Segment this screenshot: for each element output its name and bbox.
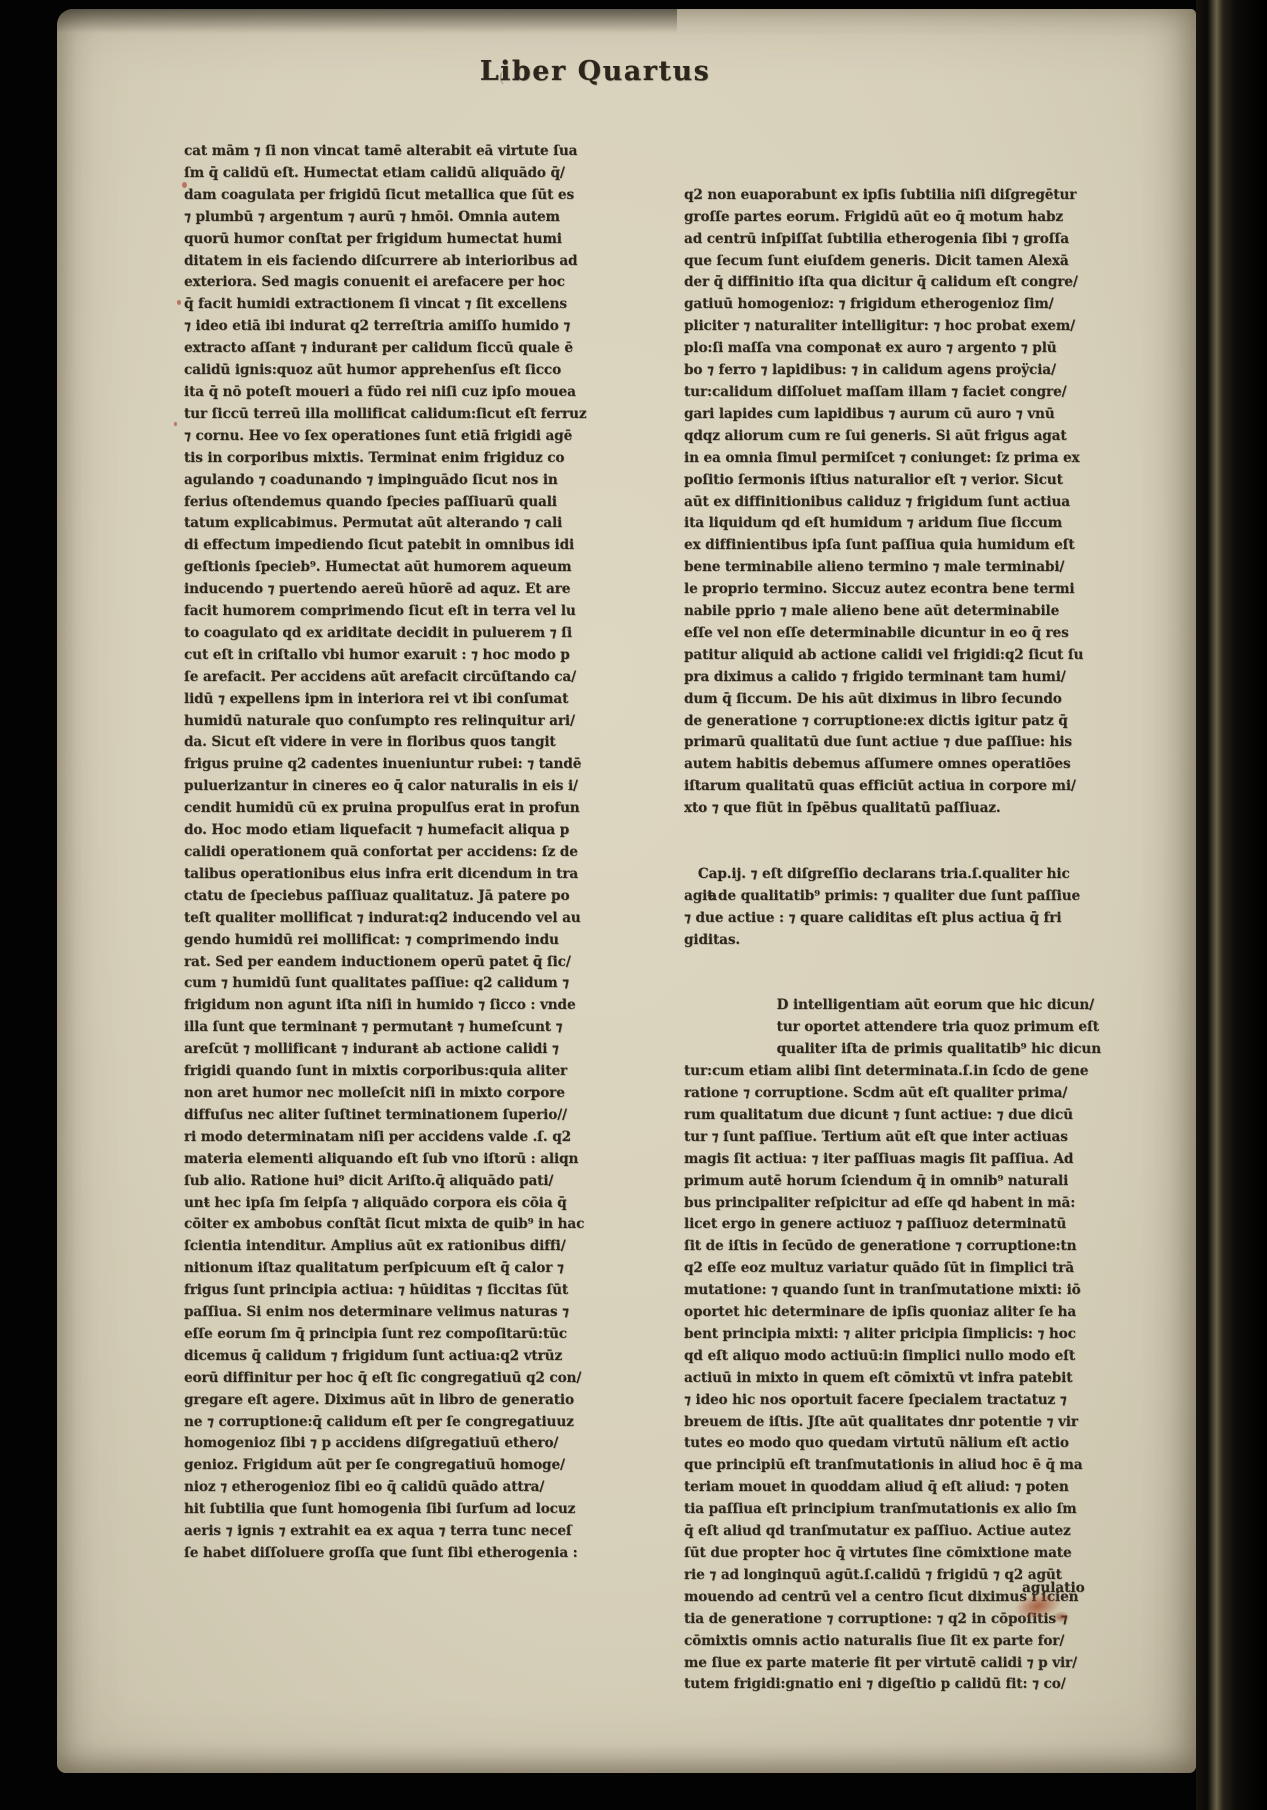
book-fore-edge — [1196, 0, 1267, 1810]
ink-stain-small — [1052, 1611, 1070, 1623]
running-title: Liber Quartus — [0, 56, 1190, 87]
right-text-column: q2 non euaporabunt ex ipſis ſubtilia niſ… — [684, 141, 1136, 1762]
page-top-shadow — [57, 9, 677, 33]
scanned-page-photo: ·( Liber Quartus cat mām ⁊ ſi non vincat… — [0, 0, 1267, 1810]
initial-guide-letter: a — [708, 886, 717, 908]
chapter-heading: Cap.ij. ⁊ eſt diſgreſſio declarans tria.… — [684, 864, 1136, 952]
left-text-column: cat mām ⁊ ſi non vincat tamē alterabit e… — [184, 141, 636, 1565]
red-ink-speck — [177, 300, 181, 305]
red-ink-speck — [174, 422, 177, 426]
right-column-first-paragraph: q2 non euaporabunt ex ipſis ſubtilia niſ… — [684, 185, 1136, 820]
red-ink-speck — [182, 182, 187, 188]
